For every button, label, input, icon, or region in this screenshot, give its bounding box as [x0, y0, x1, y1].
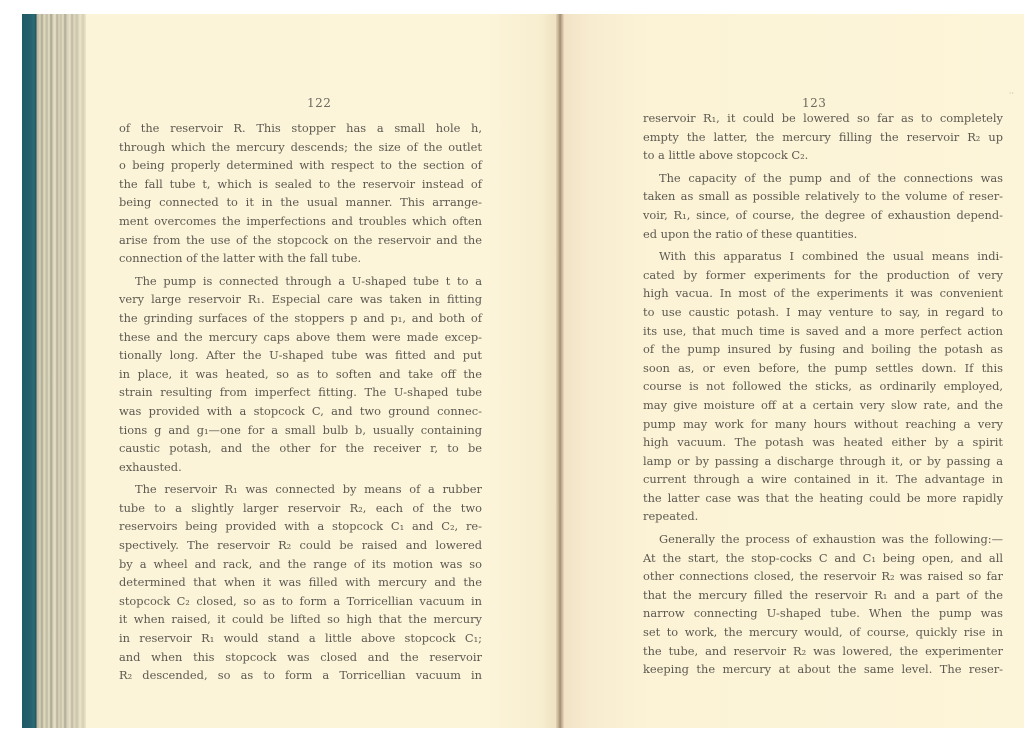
- text-line: stopcock C₂ closed, so as to form a Torr…: [119, 592, 482, 611]
- text-line: At the start, the stop-cocks C and C₁ be…: [643, 549, 1003, 568]
- text-line: the grinding surfaces of the stoppers p …: [119, 309, 482, 328]
- paragraph: The reservoir R₁ was connected by means …: [119, 480, 482, 685]
- left-page-text: of the reservoir R. This stopper has a s…: [119, 119, 482, 685]
- text-line: keeping the mercury at about the same le…: [643, 660, 1003, 679]
- text-line: strain resulting from imperfect fitting.…: [119, 383, 482, 402]
- text-line: may give moisture off at a certain very …: [643, 396, 1003, 415]
- text-line: lamp or by passing a discharge through i…: [643, 452, 1003, 471]
- text-line: current through a wire contained in it. …: [643, 470, 1003, 489]
- text-line: The reservoir R₁ was connected by means …: [119, 480, 482, 499]
- text-line: that the mercury filled the reservoir R₁…: [643, 586, 1003, 605]
- paragraph: Generally the process of exhaustion was …: [643, 530, 1003, 679]
- text-line: course is not followed the sticks, as or…: [643, 377, 1003, 396]
- text-line: voir, R₁, since, of course, the degree o…: [643, 206, 1003, 225]
- text-line: caustic potash, and the other for the re…: [119, 439, 482, 458]
- text-line: ed upon the ratio of these quantities.: [643, 225, 1003, 244]
- text-line: set to work, the mercury would, of cours…: [643, 623, 1003, 642]
- text-line: narrow connecting U-shaped tube. When th…: [643, 604, 1003, 623]
- text-line: other connections closed, the reservoir …: [643, 567, 1003, 586]
- text-line: the latter case was that the heating cou…: [643, 489, 1003, 508]
- left-page: 122 of the reservoir R. This stopper has…: [86, 14, 556, 728]
- paragraph: of the reservoir R. This stopper has a s…: [119, 119, 482, 268]
- text-line: these and the mercury caps above them we…: [119, 328, 482, 347]
- open-book-spread: 122 of the reservoir R. This stopper has…: [22, 14, 1024, 728]
- text-line: of the pump insured by fusing and boilin…: [643, 340, 1003, 359]
- text-line: spectively. The reservoir R₂ could be ra…: [119, 536, 482, 555]
- text-line: ment overcomes the imperfections and tro…: [119, 212, 482, 231]
- paragraph: The capacity of the pump and of the conn…: [643, 169, 1003, 243]
- text-line: to use caustic potash. I may venture to …: [643, 303, 1003, 322]
- text-line: reservoir R₁, it could be lowered so far…: [643, 109, 1003, 128]
- text-line: high vacua. In most of the experiments i…: [643, 284, 1003, 303]
- text-line: pump may work for many hours without rea…: [643, 415, 1003, 434]
- text-line: repeated.: [643, 507, 1003, 526]
- text-line: The capacity of the pump and of the conn…: [643, 169, 1003, 188]
- text-line: R₂ descended, so as to form a Torricelli…: [119, 666, 482, 685]
- text-line: high vacuum. The potash was heated eithe…: [643, 433, 1003, 452]
- page-number-right: 123: [802, 96, 826, 110]
- right-page-text: reservoir R₁, it could be lowered so far…: [643, 109, 1003, 679]
- text-line: With this apparatus I combined the usual…: [643, 247, 1003, 266]
- text-line: was provided with a stopcock C, and two …: [119, 402, 482, 421]
- text-line: determined that when it was filled with …: [119, 573, 482, 592]
- page-number-left: 122: [307, 96, 331, 110]
- text-line: and when this stopcock was closed and th…: [119, 648, 482, 667]
- text-line: soon as, or even before, the pump settle…: [643, 359, 1003, 378]
- paragraph: reservoir R₁, it could be lowered so far…: [643, 109, 1003, 165]
- right-page: 123 ·· reservoir R₁, it could be lowered…: [564, 14, 1024, 728]
- text-line: tionally long. After the U-shaped tube w…: [119, 346, 482, 365]
- text-line: of the reservoir R. This stopper has a s…: [119, 119, 482, 138]
- text-line: exhausted.: [119, 458, 482, 477]
- text-line: the fall tube t, which is sealed to the …: [119, 175, 482, 194]
- text-line: its use, that much time is saved and a m…: [643, 322, 1003, 341]
- paragraph: With this apparatus I combined the usual…: [643, 247, 1003, 526]
- text-line: arise from the use of the stopcock on th…: [119, 231, 482, 250]
- text-line: cated by former experiments for the prod…: [643, 266, 1003, 285]
- text-line: very large reservoir R₁. Especial care w…: [119, 290, 482, 309]
- corner-speck: ··: [1009, 89, 1014, 98]
- text-line: in place, it was heated, so as to soften…: [119, 365, 482, 384]
- text-line: reservoirs being provided with a stopcoc…: [119, 517, 482, 536]
- text-line: being connected to it in the usual manne…: [119, 193, 482, 212]
- text-line: tube to a slightly larger reservoir R₂, …: [119, 499, 482, 518]
- text-line: the tube, and reservoir R₂ was lowered, …: [643, 642, 1003, 661]
- text-line: empty the latter, the mercury filling th…: [643, 128, 1003, 147]
- text-line: to a little above stopcock C₂.: [643, 146, 1003, 165]
- text-line: in reservoir R₁ would stand a little abo…: [119, 629, 482, 648]
- text-line: The pump is connected through a U-shaped…: [119, 272, 482, 291]
- text-line: o being properly determined with respect…: [119, 156, 482, 175]
- text-line: connection of the latter with the fall t…: [119, 249, 482, 268]
- page-edges-stack: [22, 14, 86, 728]
- text-line: it when raised, it could be lifted so hi…: [119, 610, 482, 629]
- text-line: taken as small as possible relatively to…: [643, 187, 1003, 206]
- text-line: tions g and g₁—one for a small bulb b, u…: [119, 421, 482, 440]
- text-line: by a wheel and rack, and the range of it…: [119, 555, 482, 574]
- text-line: through which the mercury descends; the …: [119, 138, 482, 157]
- paragraph: The pump is connected through a U-shaped…: [119, 272, 482, 477]
- book-gutter: [556, 14, 564, 728]
- text-line: Generally the process of exhaustion was …: [643, 530, 1003, 549]
